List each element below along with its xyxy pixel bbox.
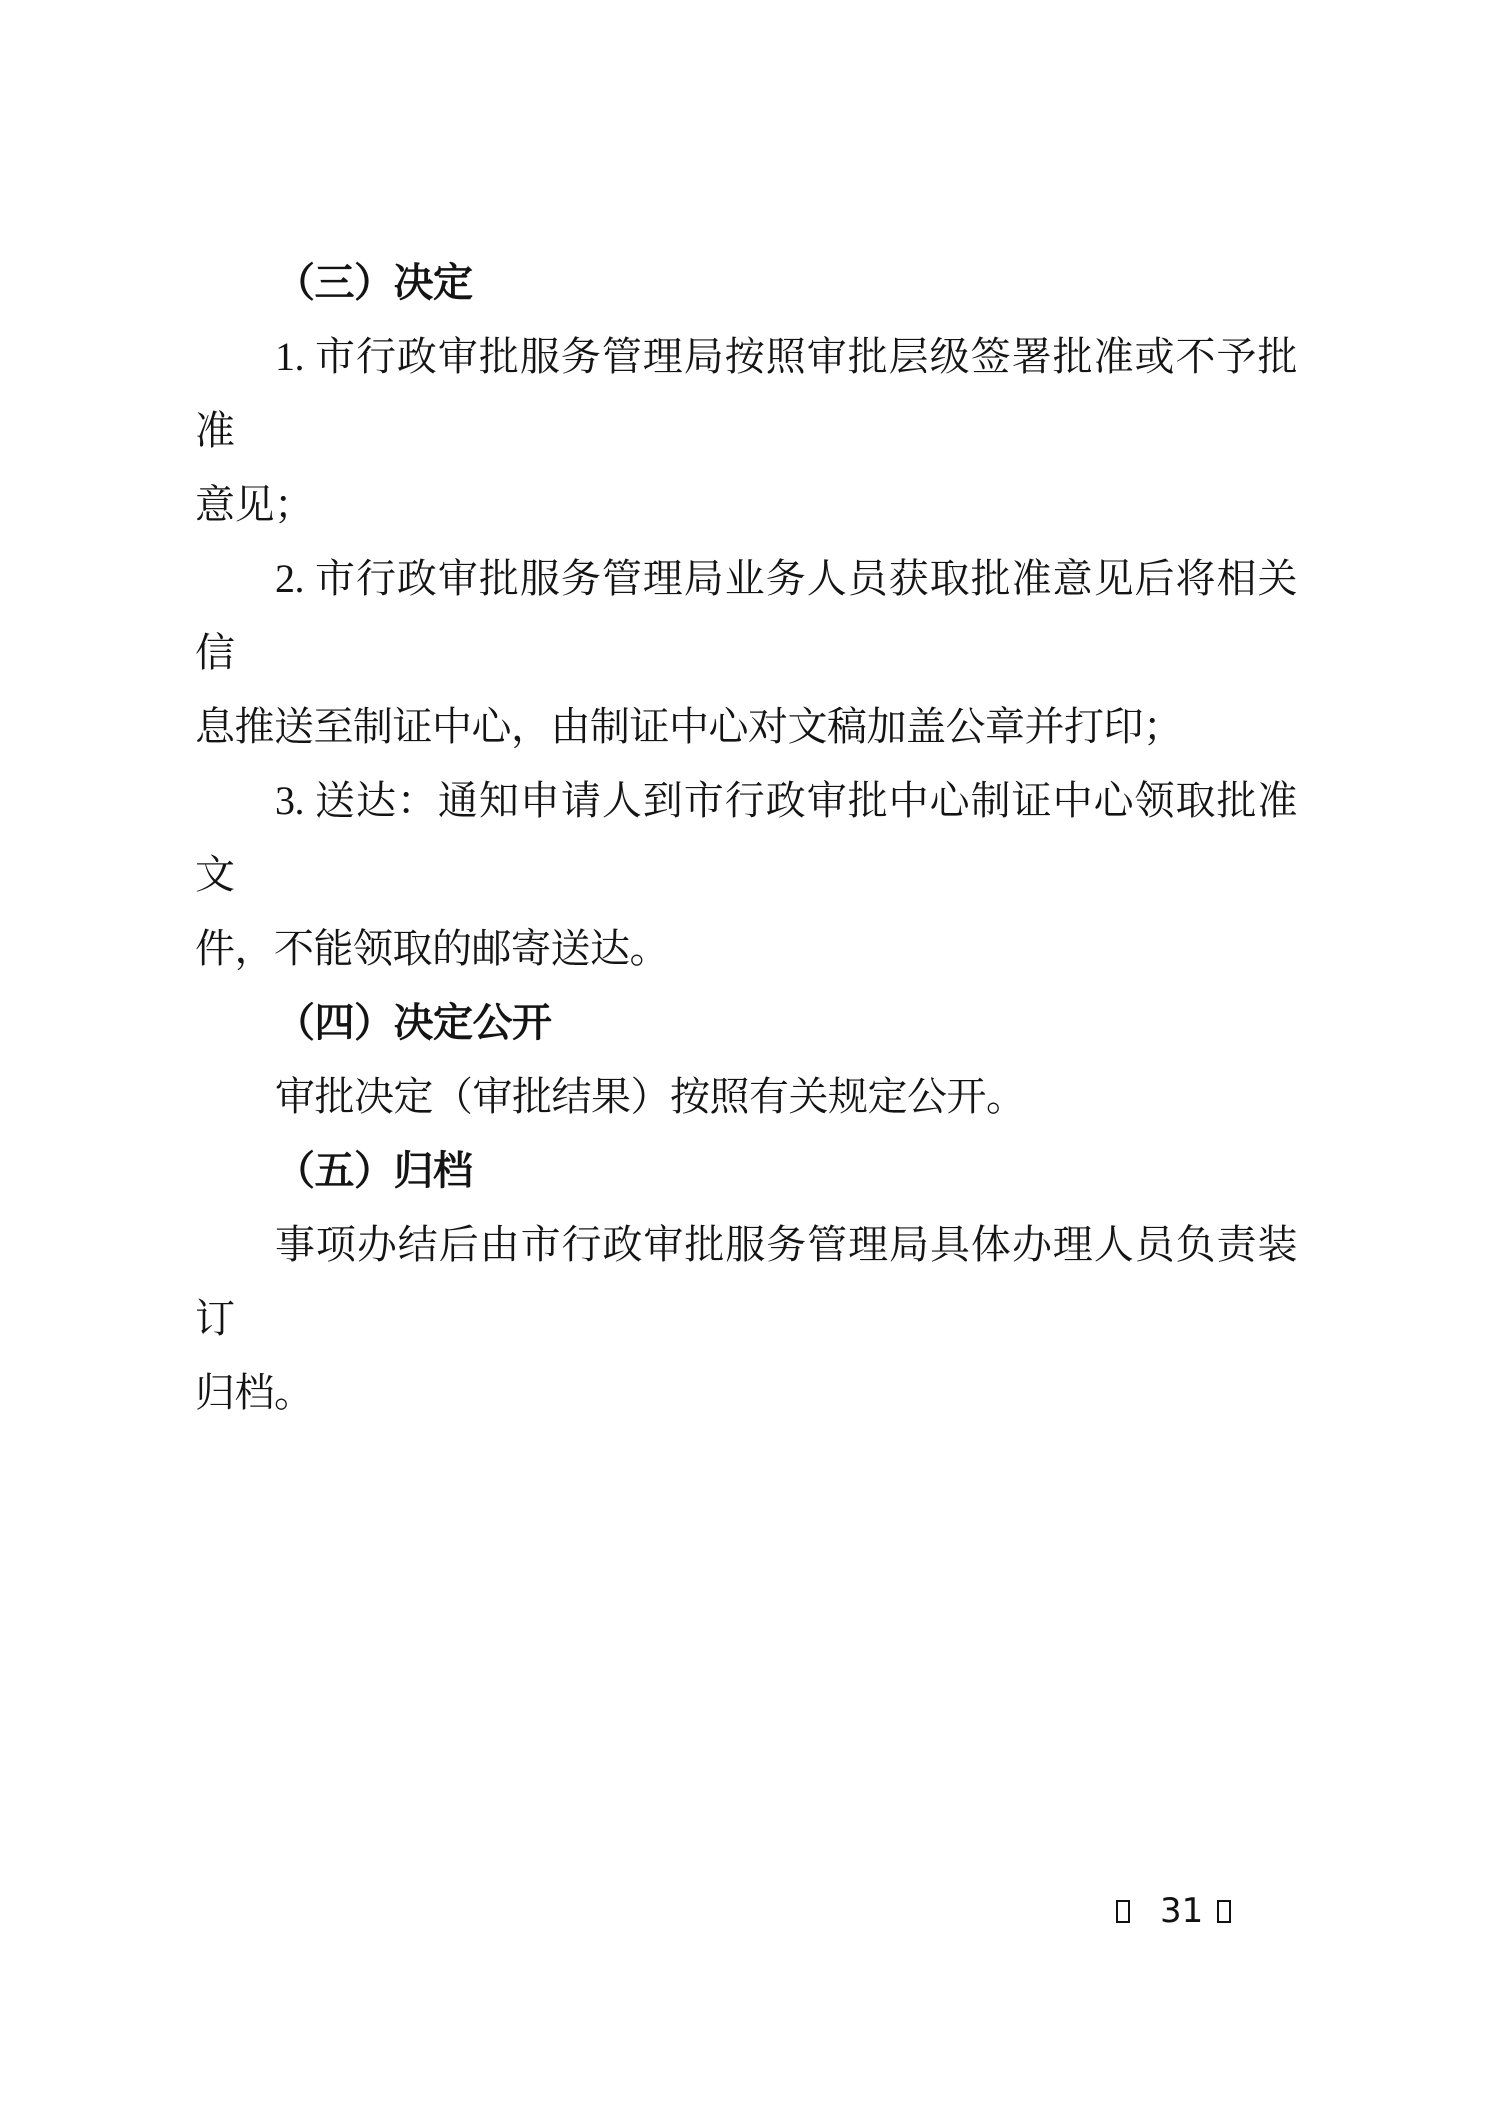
text-line: 1. 市行政审批服务管理局按照审批层级签署批准或不予批准 — [195, 320, 1297, 468]
body-paragraph: 事项办结后由市行政审批服务管理局具体办理人员负责装订归档。 — [195, 1208, 1297, 1430]
text-line: （四）决定公开 — [195, 986, 1297, 1060]
body-paragraph: 审批决定（审批结果）按照有关规定公开。 — [195, 1060, 1297, 1134]
text-line: 息推送至制证中心，由制证中心对文稿加盖公章并打印； — [195, 690, 1297, 764]
tofu-box-icon — [1217, 1900, 1231, 1923]
page-footer: 31 — [1116, 1894, 1231, 1928]
text-line: 事项办结后由市行政审批服务管理局具体办理人员负责装订 — [195, 1208, 1297, 1356]
text-line: 审批决定（审批结果）按照有关规定公开。 — [195, 1060, 1297, 1134]
text-line: 件，不能领取的邮寄送达。 — [195, 912, 1297, 986]
heading-paragraph: （三）决定 — [195, 246, 1297, 320]
heading-paragraph: （五）归档 — [195, 1134, 1297, 1208]
body-paragraph: 3. 送达：通知申请人到市行政审批中心制证中心领取批准文件，不能领取的邮寄送达。 — [195, 764, 1297, 986]
tofu-box-icon — [1116, 1900, 1130, 1923]
text-line: 归档。 — [195, 1356, 1297, 1430]
body-paragraph: 2. 市行政审批服务管理局业务人员获取批准意见后将相关信息推送至制证中心，由制证… — [195, 542, 1297, 764]
text-line: （五）归档 — [195, 1134, 1297, 1208]
heading-paragraph: （四）决定公开 — [195, 986, 1297, 1060]
text-line: 2. 市行政审批服务管理局业务人员获取批准意见后将相关信 — [195, 542, 1297, 690]
page-number: 31 — [1160, 1894, 1203, 1928]
document-body: （三）决定1. 市行政审批服务管理局按照审批层级签署批准或不予批准意见；2. 市… — [195, 246, 1297, 1430]
text-line: 3. 送达：通知申请人到市行政审批中心制证中心领取批准文 — [195, 764, 1297, 912]
document-page: （三）决定1. 市行政审批服务管理局按照审批层级签署批准或不予批准意见；2. 市… — [0, 0, 1487, 2105]
body-paragraph: 1. 市行政审批服务管理局按照审批层级签署批准或不予批准意见； — [195, 320, 1297, 542]
text-line: （三）决定 — [195, 246, 1297, 320]
text-line: 意见； — [195, 468, 1297, 542]
